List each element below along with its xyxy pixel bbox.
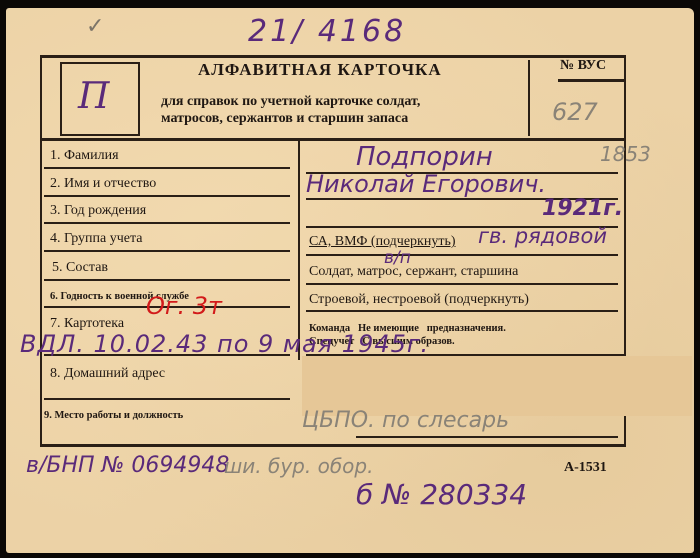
surname-value: Подпорин [356, 142, 493, 172]
fitness-value: Ог. 3т [146, 292, 222, 320]
footer-note-pencil: ши. бур. обор. [224, 454, 373, 478]
group-printed: СА, ВМФ (подчеркнуть) [309, 234, 456, 250]
vus-divider [528, 60, 530, 136]
form-code: А-1531 [564, 460, 607, 476]
row-line [44, 250, 290, 252]
birth-year-value: 1921г. [542, 196, 623, 221]
label-composition: 5. Состав [52, 260, 108, 276]
footer-note-1: в/БНП № 0694948 [26, 453, 229, 478]
letter-box: П [60, 62, 140, 136]
row-line [356, 436, 618, 438]
label-group: 4. Группа учета [50, 231, 142, 247]
row-line [306, 283, 618, 285]
row-line [44, 398, 290, 400]
side-note: 1853 [600, 142, 651, 166]
group-value: гв. рядовой [478, 224, 607, 248]
check-mark: ✓ [86, 14, 104, 39]
frame-top [42, 55, 626, 58]
card-subtitle-1: для справок по учетной карточке солдат, [161, 94, 420, 110]
name-value: Николай Егорович. [306, 170, 546, 198]
row-line [44, 167, 290, 169]
frame-bottom [40, 444, 626, 447]
fitness-printed: Строевой, нестроевой (подчеркнуть) [309, 292, 529, 308]
label-surname: 1. Фамилия [50, 148, 119, 164]
vus-label: № ВУС [560, 58, 606, 74]
row-line [44, 279, 290, 281]
card-subtitle-2: матросов, сержантов и старшин запаса [161, 111, 408, 127]
composition-printed: Солдат, матрос, сержант, старшина [309, 264, 518, 280]
alphabet-card: ✓ 21/ 4168 П АЛФАВИТНАЯ КАРТОЧКА для спр… [6, 8, 694, 553]
row-line [306, 254, 618, 256]
label-birth-year: 3. Год рождения [50, 203, 146, 219]
vus-value: 627 [552, 98, 598, 126]
row-line [306, 310, 618, 312]
label-workplace: 9. Место работы и должность [44, 410, 183, 421]
workplace-value: ЦБПО. по слесарь [302, 408, 509, 433]
row-line [44, 195, 290, 197]
label-home-address: 8. Домашний адрес [50, 366, 165, 382]
footer-note-2: б № 280334 [356, 478, 527, 511]
frame-left [40, 55, 42, 445]
vus-underline [558, 79, 624, 82]
card-title: АЛФАВИТНАЯ КАРТОЧКА [198, 60, 442, 80]
row-line [44, 222, 290, 224]
redacted-address [302, 356, 692, 416]
center-divider [298, 140, 300, 360]
label-name: 2. Имя и отчество [50, 176, 156, 192]
top-number: 21/ 4168 [248, 14, 406, 49]
card-index-value: ВДЛ. 10.02.43 по 9 мая 1945г. [20, 330, 429, 358]
letter-box-value: П [78, 76, 109, 117]
header-divider [42, 138, 626, 141]
